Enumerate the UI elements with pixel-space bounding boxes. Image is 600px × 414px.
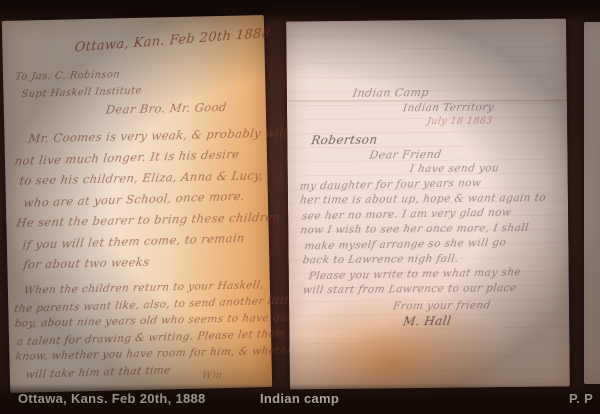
letter-left-body-paragraph1: Mr. Coomes is very weak, & probably will… <box>14 123 290 276</box>
caption-left-letter: Ottawa, Kans. Feb 20th, 1888 <box>18 391 206 406</box>
letter-paper-left: Ottawa, Kan. Feb 20th 1888 To Jas. C. Ro… <box>2 15 272 393</box>
letter-left-signature: Wm <box>202 370 223 381</box>
letter-left-body-paragraph2: When the children return to your Haskell… <box>14 276 324 382</box>
letter-left-salutation: Dear Bro. Mr. Good <box>106 100 227 117</box>
letter-right-salutation: Dear Friend <box>369 148 441 162</box>
letter-right-heading: Indian Camp <box>353 86 429 100</box>
letter-left-address: To Jas. C. Robinson Supt Haskell Institu… <box>15 66 142 103</box>
caption-edge-letter: P. P <box>569 391 593 406</box>
letter-paper-edge-partial <box>584 22 600 384</box>
caption-right-letter: Indian camp <box>260 391 339 406</box>
handwriting-line: will start from Lawrence to our place <box>302 281 548 299</box>
letter-right-heading-place: Indian Territory <box>403 101 494 114</box>
letter-left-heading: Ottawa, Kan. Feb 20th 1888 <box>74 26 271 56</box>
museum-display-photo: Ottawa, Kan. Feb 20th 1888 To Jas. C. Ro… <box>0 0 600 414</box>
letter-right-signature: M. Hall <box>403 314 451 329</box>
letter-right-body: I have send you my daughter for four yea… <box>300 161 547 299</box>
letter-right-date: July 18 1883 <box>427 115 493 127</box>
letter-right-closing: From your friend <box>393 299 491 312</box>
letter-paper-right: Indian Camp Indian Territory July 18 188… <box>286 19 570 390</box>
address-line: Supt Haskell Institute <box>20 82 142 103</box>
letter-right-addressee: Robertson <box>311 133 377 148</box>
